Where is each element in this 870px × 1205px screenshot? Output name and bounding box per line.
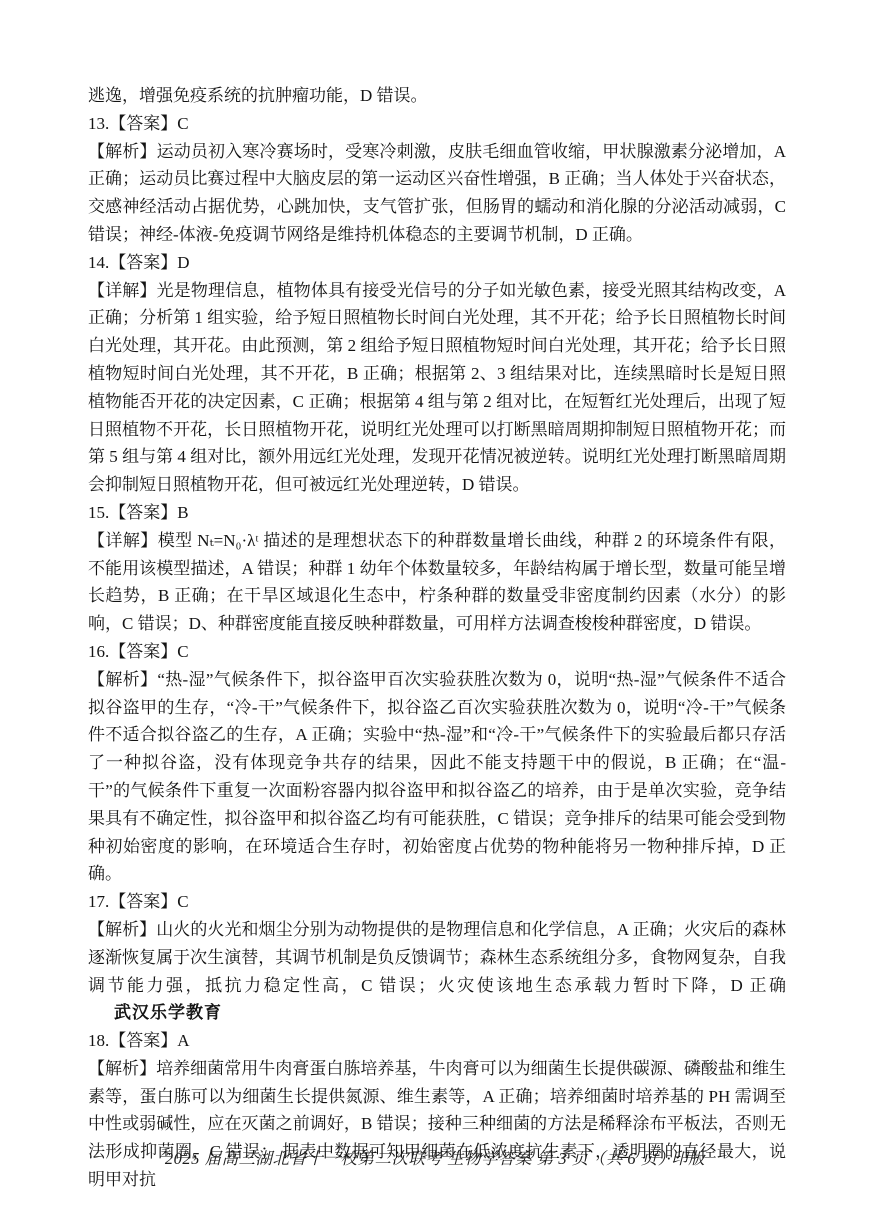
answer-14-explanation: 【详解】光是物理信息，植物体具有接受光信号的分子如光敏色素，接受光照其结构改变，…	[88, 277, 786, 499]
answer-18-explanation: 【解析】培养细菌常用牛肉膏蛋白胨培养基，牛肉膏可以为细菌生长提供碳源、磷酸盐和维…	[88, 1055, 786, 1194]
exam-answer-page: 逃逸，增强免疫系统的抗肿瘤功能，D 错误。 13.【答案】C 【解析】运动员初入…	[0, 0, 870, 1205]
answer-14-label: 14.【答案】D	[88, 249, 786, 277]
answer-13-label: 13.【答案】C	[88, 110, 786, 138]
answer-17-explanation: 【解析】山火的火光和烟尘分别为动物提供的是物理信息和化学信息，A 正确；火灾后的…	[88, 916, 786, 1027]
answer-15-explanation: 【详解】模型 Nₜ=N₀·λᵗ 描述的是理想状态下的种群数量增长曲线，种群 2 …	[88, 527, 786, 638]
answer-17-explanation-text: 【解析】山火的火光和烟尘分别为动物提供的是物理信息和化学信息，A 正确；火灾后的…	[88, 920, 786, 995]
answer-16-label: 16.【答案】C	[88, 638, 786, 666]
answer-13-explanation: 【解析】运动员初入寒冷赛场时，受寒冷刺激，皮肤毛细血管收缩，甲状腺激素分泌增加，…	[88, 138, 786, 249]
answer-18-label: 18.【答案】A	[88, 1027, 786, 1055]
answer-16-explanation: 【解析】“热-湿”气候条件下，拟谷盗甲百次实验获胜次数为 0，说明“热-湿”气候…	[88, 666, 786, 888]
page-footer: 2025 届高三湖北省十一校第二次联考 生物学答案 第 3 页（共 6 页）·印…	[0, 1145, 870, 1169]
answer-17-label: 17.【答案】C	[88, 888, 786, 916]
answer-15-label: 15.【答案】B	[88, 499, 786, 527]
continuation-paragraph: 逃逸，增强免疫系统的抗肿瘤功能，D 错误。	[88, 82, 786, 110]
answer-content: 逃逸，增强免疫系统的抗肿瘤功能，D 错误。 13.【答案】C 【解析】运动员初入…	[88, 82, 786, 1194]
publisher-watermark: 武汉乐学教育	[114, 1003, 222, 1022]
